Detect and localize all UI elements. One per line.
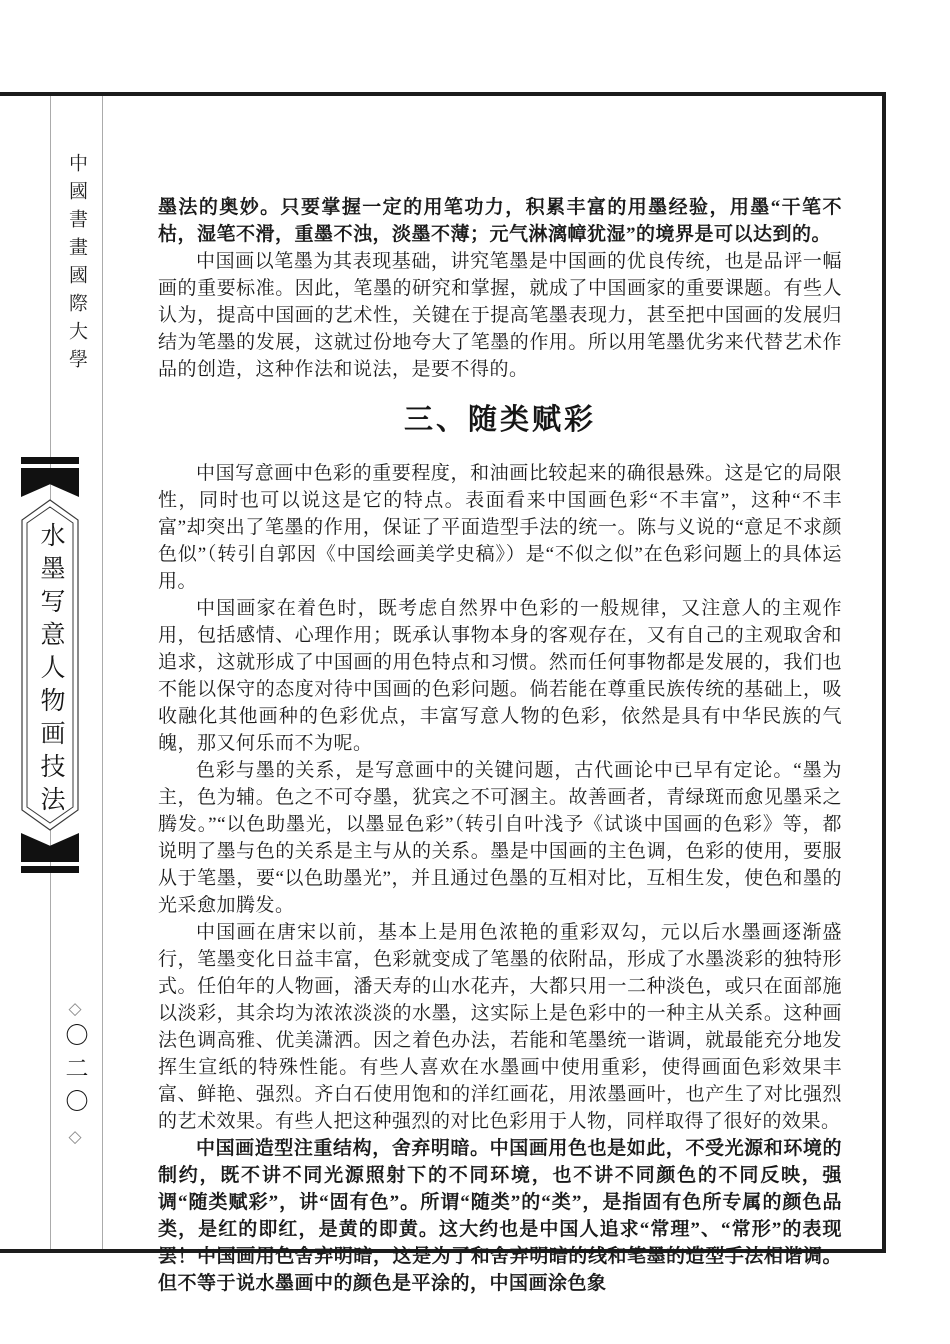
frame-right-rule bbox=[882, 92, 886, 1253]
paragraph: 中国画以笔墨为其表现基础，讲究笔墨是中国画的优良传统，也是品评一幅画的重要标准。… bbox=[158, 248, 842, 383]
banner-bottom-bar bbox=[21, 866, 79, 873]
paragraph: 中国画在唐宋以前，基本上是用色浓艳的重彩双勾，元以后水墨画逐渐盛行，笔墨变化日益… bbox=[158, 919, 842, 1135]
frame-top-rule bbox=[0, 92, 886, 96]
banner-bottom-pennant bbox=[21, 833, 79, 862]
page-number: 〇二〇 bbox=[64, 1023, 87, 1122]
sidebar-divider-right bbox=[102, 96, 103, 1249]
title-banner: 水墨写意人物画技法 bbox=[21, 457, 79, 873]
body-text: 墨法的奥妙。只要掌握一定的用笔功力，积累丰富的用墨经验，用墨“干笔不枯，湿笔不滑… bbox=[158, 194, 842, 1297]
folio: ◇ 〇二〇 ◇ bbox=[53, 1000, 97, 1145]
paragraph: 中国画家在着色时，既考虑自然界中色彩的一般规律，又注意人的主观作用，包括感情、心… bbox=[158, 595, 842, 757]
book-title-vertical: 水墨写意人物画技法 bbox=[21, 499, 79, 831]
paragraph: 中国写意画中色彩的重要程度，和油画比较起来的确很悬殊。这是它的局限性，同时也可以… bbox=[158, 460, 842, 595]
banner-title-box: 水墨写意人物画技法 bbox=[21, 499, 79, 831]
banner-top-pennant bbox=[21, 468, 79, 497]
diamond-ornament-icon: ◇ bbox=[68, 1128, 81, 1145]
spine-title: 中國書畫國際大學 bbox=[63, 153, 90, 377]
paragraph: 墨法的奥妙。只要掌握一定的用笔功力，积累丰富的用墨经验，用墨“干笔不枯，湿笔不滑… bbox=[158, 194, 842, 248]
diamond-ornament-icon: ◇ bbox=[68, 1000, 81, 1017]
banner-top-bar bbox=[21, 457, 79, 464]
section-heading: 三、随类赋彩 bbox=[158, 397, 842, 438]
paragraph: 色彩与墨的关系，是写意画中的关键问题，古代画论中已早有定论。“墨为主，色为辅。色… bbox=[158, 757, 842, 919]
book-page: 中國書畫國際大學 水墨写意人物画技法 ◇ 〇二〇 ◇ 墨法的奥妙。只要掌握一定的… bbox=[0, 0, 950, 1344]
paragraph: 中国画造型注重结构，舍弃明暗。中国画用色也是如此，不受光源和环境的制约，既不讲不… bbox=[158, 1135, 842, 1297]
